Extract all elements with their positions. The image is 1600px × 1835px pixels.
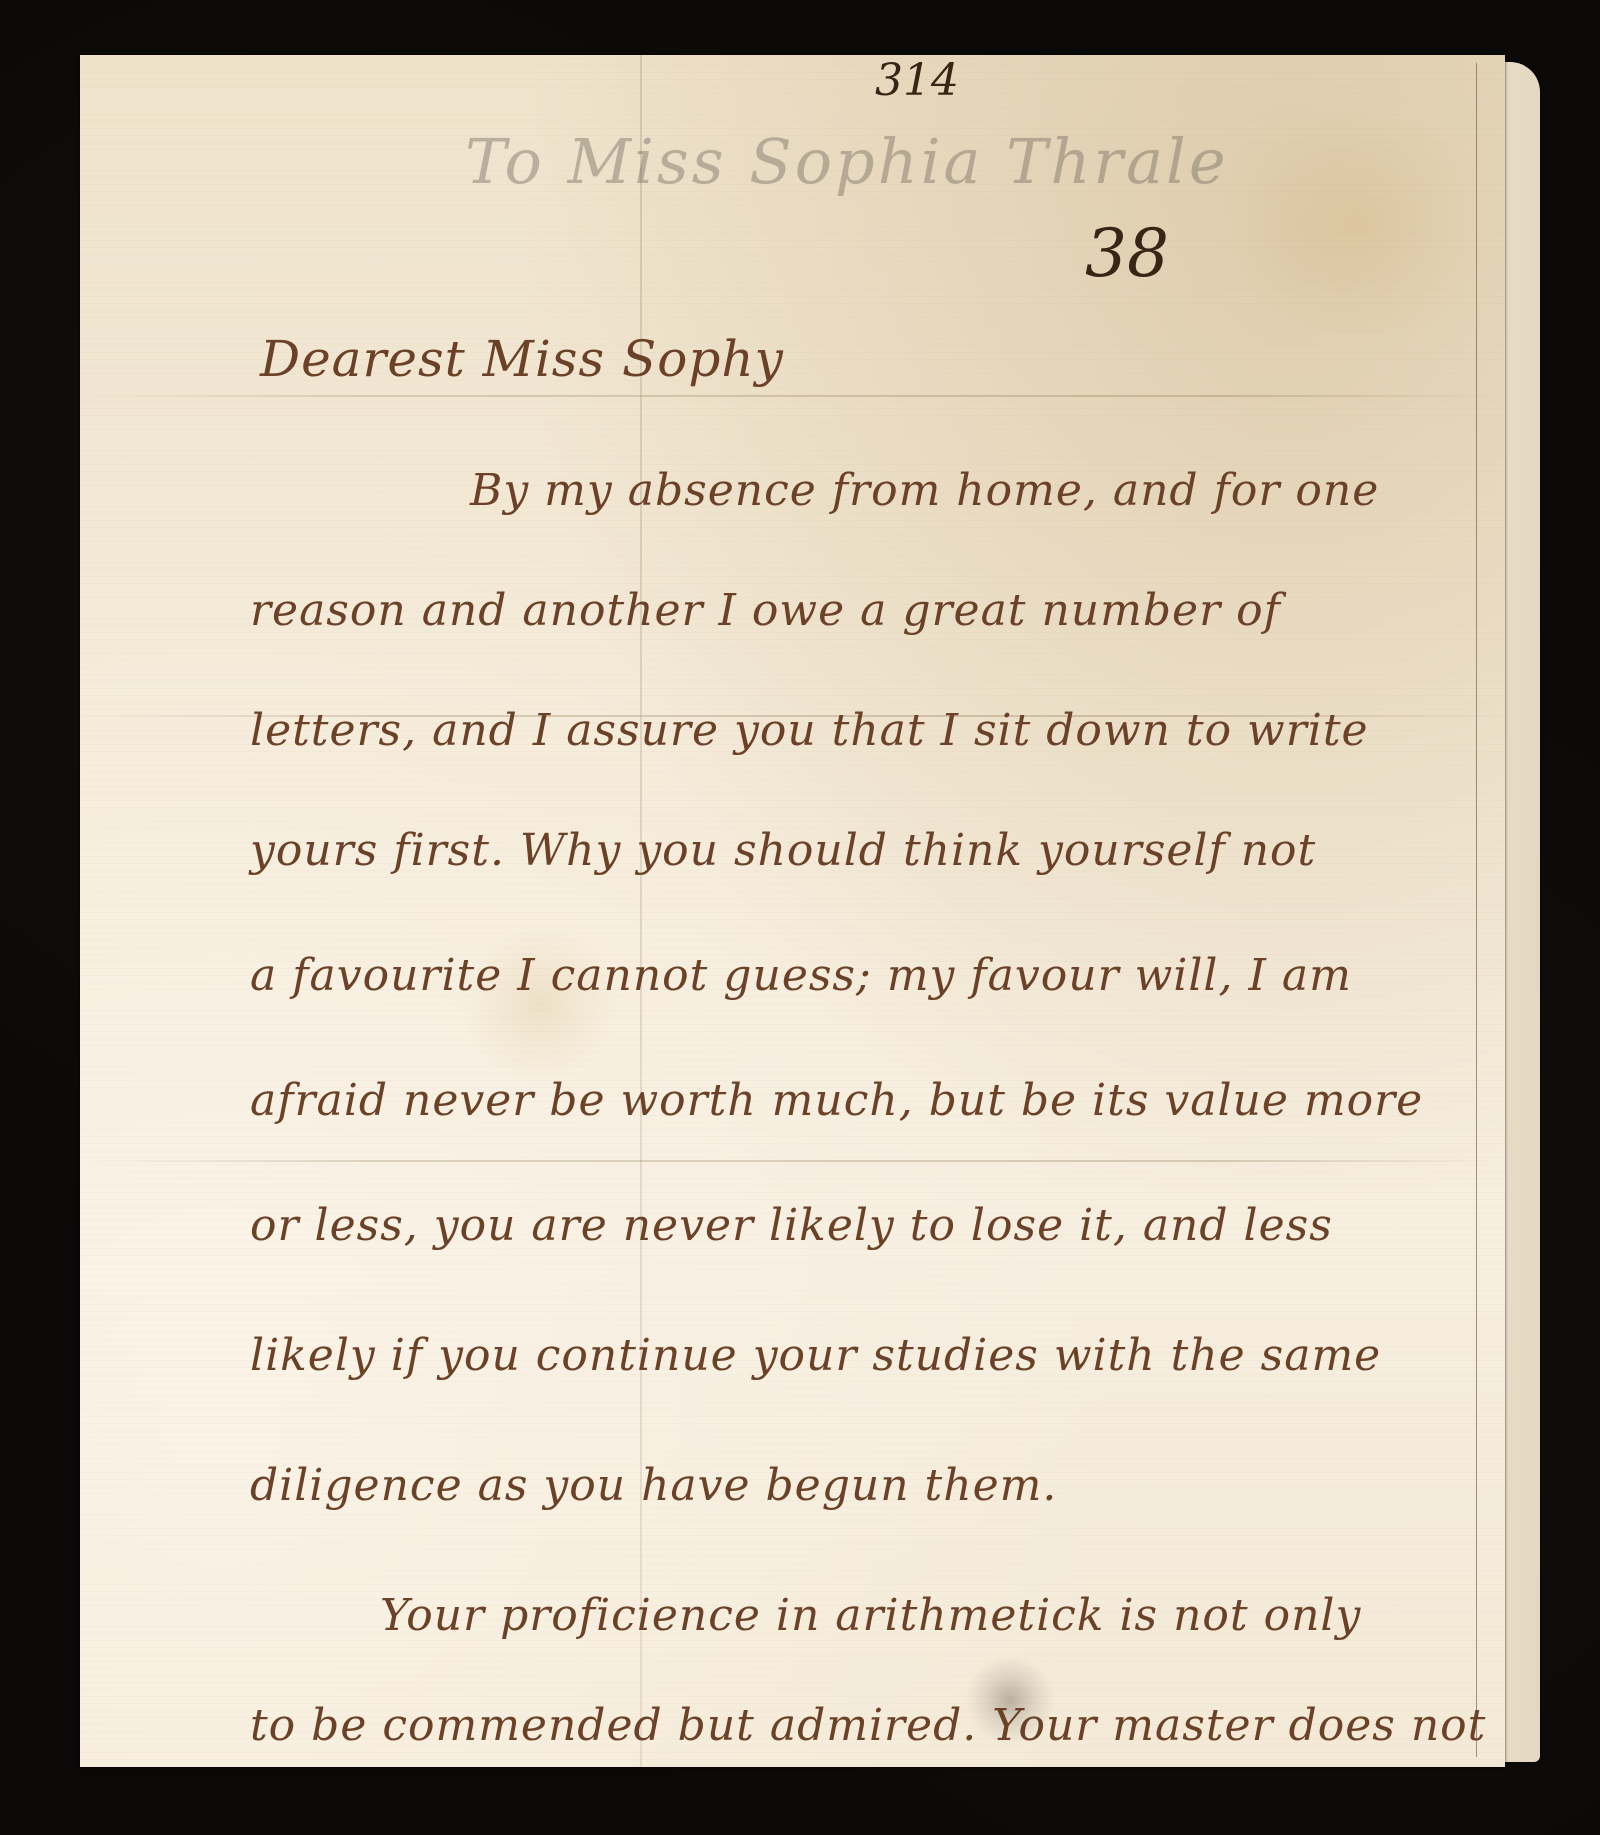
salutation: Dearest Miss Sophy <box>260 330 784 388</box>
letter-line: yours first. Why you should think yourse… <box>250 825 1316 876</box>
letter-line: to be commended but admired. Your master… <box>250 1700 1486 1751</box>
letter-line: afraid never be worth much, but be its v… <box>250 1075 1423 1126</box>
letter-number: 38 <box>1085 215 1169 292</box>
page-margin-line <box>1476 63 1477 1757</box>
letter-line: By my absence from home, and for one <box>470 465 1379 516</box>
letter-line: diligence as you have begun them. <box>250 1460 1057 1511</box>
letter-line: letters, and I assure you that I sit dow… <box>250 705 1369 756</box>
paper-stain <box>460 925 620 1085</box>
letter-sheet: 314 To Miss Sophia Thrale 38 Dearest Mis… <box>80 55 1505 1767</box>
archive-number: 314 <box>875 55 959 106</box>
letter-line: likely if you continue your studies with… <box>250 1330 1381 1381</box>
letter-line: Your proficience in arithmetick is not o… <box>380 1590 1361 1641</box>
letter-line: or less, you are never likely to lose it… <box>250 1200 1333 1251</box>
pencil-address: To Miss Sophia Thrale <box>465 125 1229 198</box>
fold-crease <box>80 395 1505 397</box>
letter-line: a favourite I cannot guess; my favour wi… <box>250 950 1352 1001</box>
paper-stain <box>1210 115 1510 335</box>
fold-crease <box>80 1160 1505 1162</box>
letter-line: reason and another I owe a great number … <box>250 585 1281 636</box>
